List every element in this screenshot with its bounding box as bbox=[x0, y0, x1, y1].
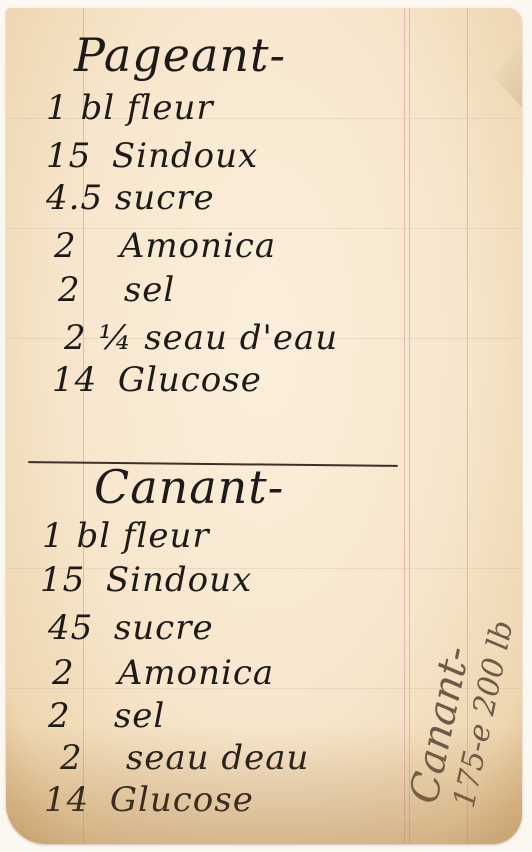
recipe-1-line: 4.5 sucre bbox=[46, 178, 215, 218]
column-rule bbox=[404, 8, 405, 844]
recipe-2-line: 45 sucre bbox=[48, 608, 214, 648]
recipe-1-line: 14 Glucose bbox=[52, 360, 262, 400]
quantity: 14 bbox=[52, 360, 106, 400]
quantity: 15 bbox=[46, 136, 100, 176]
margin-note: Canant- 175-e 200 lb bbox=[401, 608, 521, 815]
ingredient: Amonica bbox=[118, 653, 274, 693]
ingredient: Amonica bbox=[120, 226, 276, 266]
recipe-2-title: Canant- bbox=[94, 460, 284, 514]
ingredient: fleur bbox=[123, 516, 210, 556]
ingredient: Glucose bbox=[118, 360, 262, 400]
recipe-1-title: Pageant- bbox=[74, 28, 286, 82]
ingredient: seau d'eau bbox=[144, 318, 338, 358]
quantity: 2 bbox=[60, 738, 114, 778]
quantity: 15 bbox=[40, 560, 94, 600]
ingredient: seau deau bbox=[126, 738, 310, 778]
recipe-2-line: 2 sel bbox=[48, 696, 165, 736]
quantity: 2 ¼ bbox=[64, 318, 132, 358]
recipe-1-line: 2 sel bbox=[58, 270, 175, 310]
recipe-2-line: 2 Amonica bbox=[52, 653, 274, 693]
recipe-1-line: 15 Sindoux bbox=[46, 136, 258, 176]
recipe-2-line: 1 bl fleur bbox=[42, 516, 210, 556]
ingredient: Sindoux bbox=[112, 136, 258, 176]
quantity: 2 bbox=[48, 696, 102, 736]
recipe-1-line: 2 ¼ seau d'eau bbox=[64, 318, 338, 358]
quantity: 45 bbox=[48, 608, 102, 648]
recipe-1-line: 1 bl fleur bbox=[46, 88, 214, 128]
ingredient: sucre bbox=[115, 178, 215, 218]
quantity: 2 bbox=[52, 653, 106, 693]
ingredient: fleur bbox=[127, 88, 214, 128]
ingredient: Glucose bbox=[110, 780, 254, 820]
quantity: 2 bbox=[54, 226, 108, 266]
recipe-1-line: 2 Amonica bbox=[54, 226, 276, 266]
ingredient: sucre bbox=[114, 608, 214, 648]
quantity: 1 bl bbox=[42, 516, 111, 556]
ingredient: sel bbox=[114, 696, 165, 736]
recipe-card: Pageant- 1 bl fleur 15 Sindoux 4.5 sucre… bbox=[6, 8, 522, 844]
recipe-2-line: 14 Glucose bbox=[44, 780, 254, 820]
quantity: 14 bbox=[44, 780, 98, 820]
ingredient: sel bbox=[124, 270, 175, 310]
quantity: 1 bl bbox=[46, 88, 115, 128]
quantity: 2 bbox=[58, 270, 112, 310]
ingredient: Sindoux bbox=[106, 560, 252, 600]
recipe-2-line: 15 Sindoux bbox=[40, 560, 252, 600]
paper-crease bbox=[494, 38, 522, 108]
column-rule bbox=[409, 8, 410, 844]
quantity: 4.5 bbox=[46, 178, 103, 218]
recipe-2-line: 2 seau deau bbox=[60, 738, 309, 778]
